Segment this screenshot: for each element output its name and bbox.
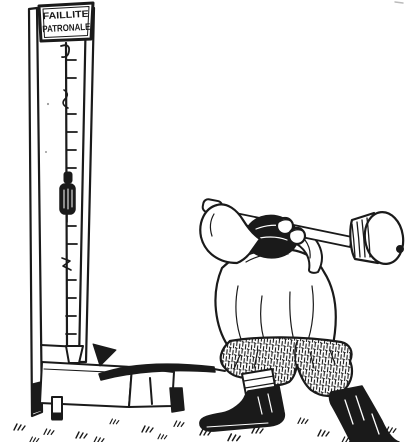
puck-knob <box>64 172 72 183</box>
paper-specks <box>45 2 403 153</box>
tower-right-post <box>79 8 94 362</box>
worker-left-boot <box>200 386 284 431</box>
striker-funnel <box>93 344 116 366</box>
tower-left-post <box>29 8 42 416</box>
lever-arm-tip <box>214 369 225 371</box>
worker-right-boot <box>330 386 400 442</box>
catch-cup <box>66 346 83 363</box>
worker-breeches <box>221 337 352 396</box>
high-striker-cartoon-scene: FAILLITE PATRONALE <box>0 0 406 442</box>
striker-base <box>40 344 225 420</box>
scale-squiggle-lower <box>62 258 71 270</box>
base-leg-left-foot <box>52 413 62 420</box>
base-leg-right <box>170 388 184 412</box>
mallet-peg <box>397 246 404 253</box>
mallet-head <box>350 210 406 267</box>
high-striker-tower: FAILLITE PATRONALE <box>29 3 94 416</box>
worker-figure <box>200 198 406 442</box>
tower-sign: FAILLITE PATRONALE <box>39 3 93 41</box>
puck-slider <box>60 172 75 222</box>
